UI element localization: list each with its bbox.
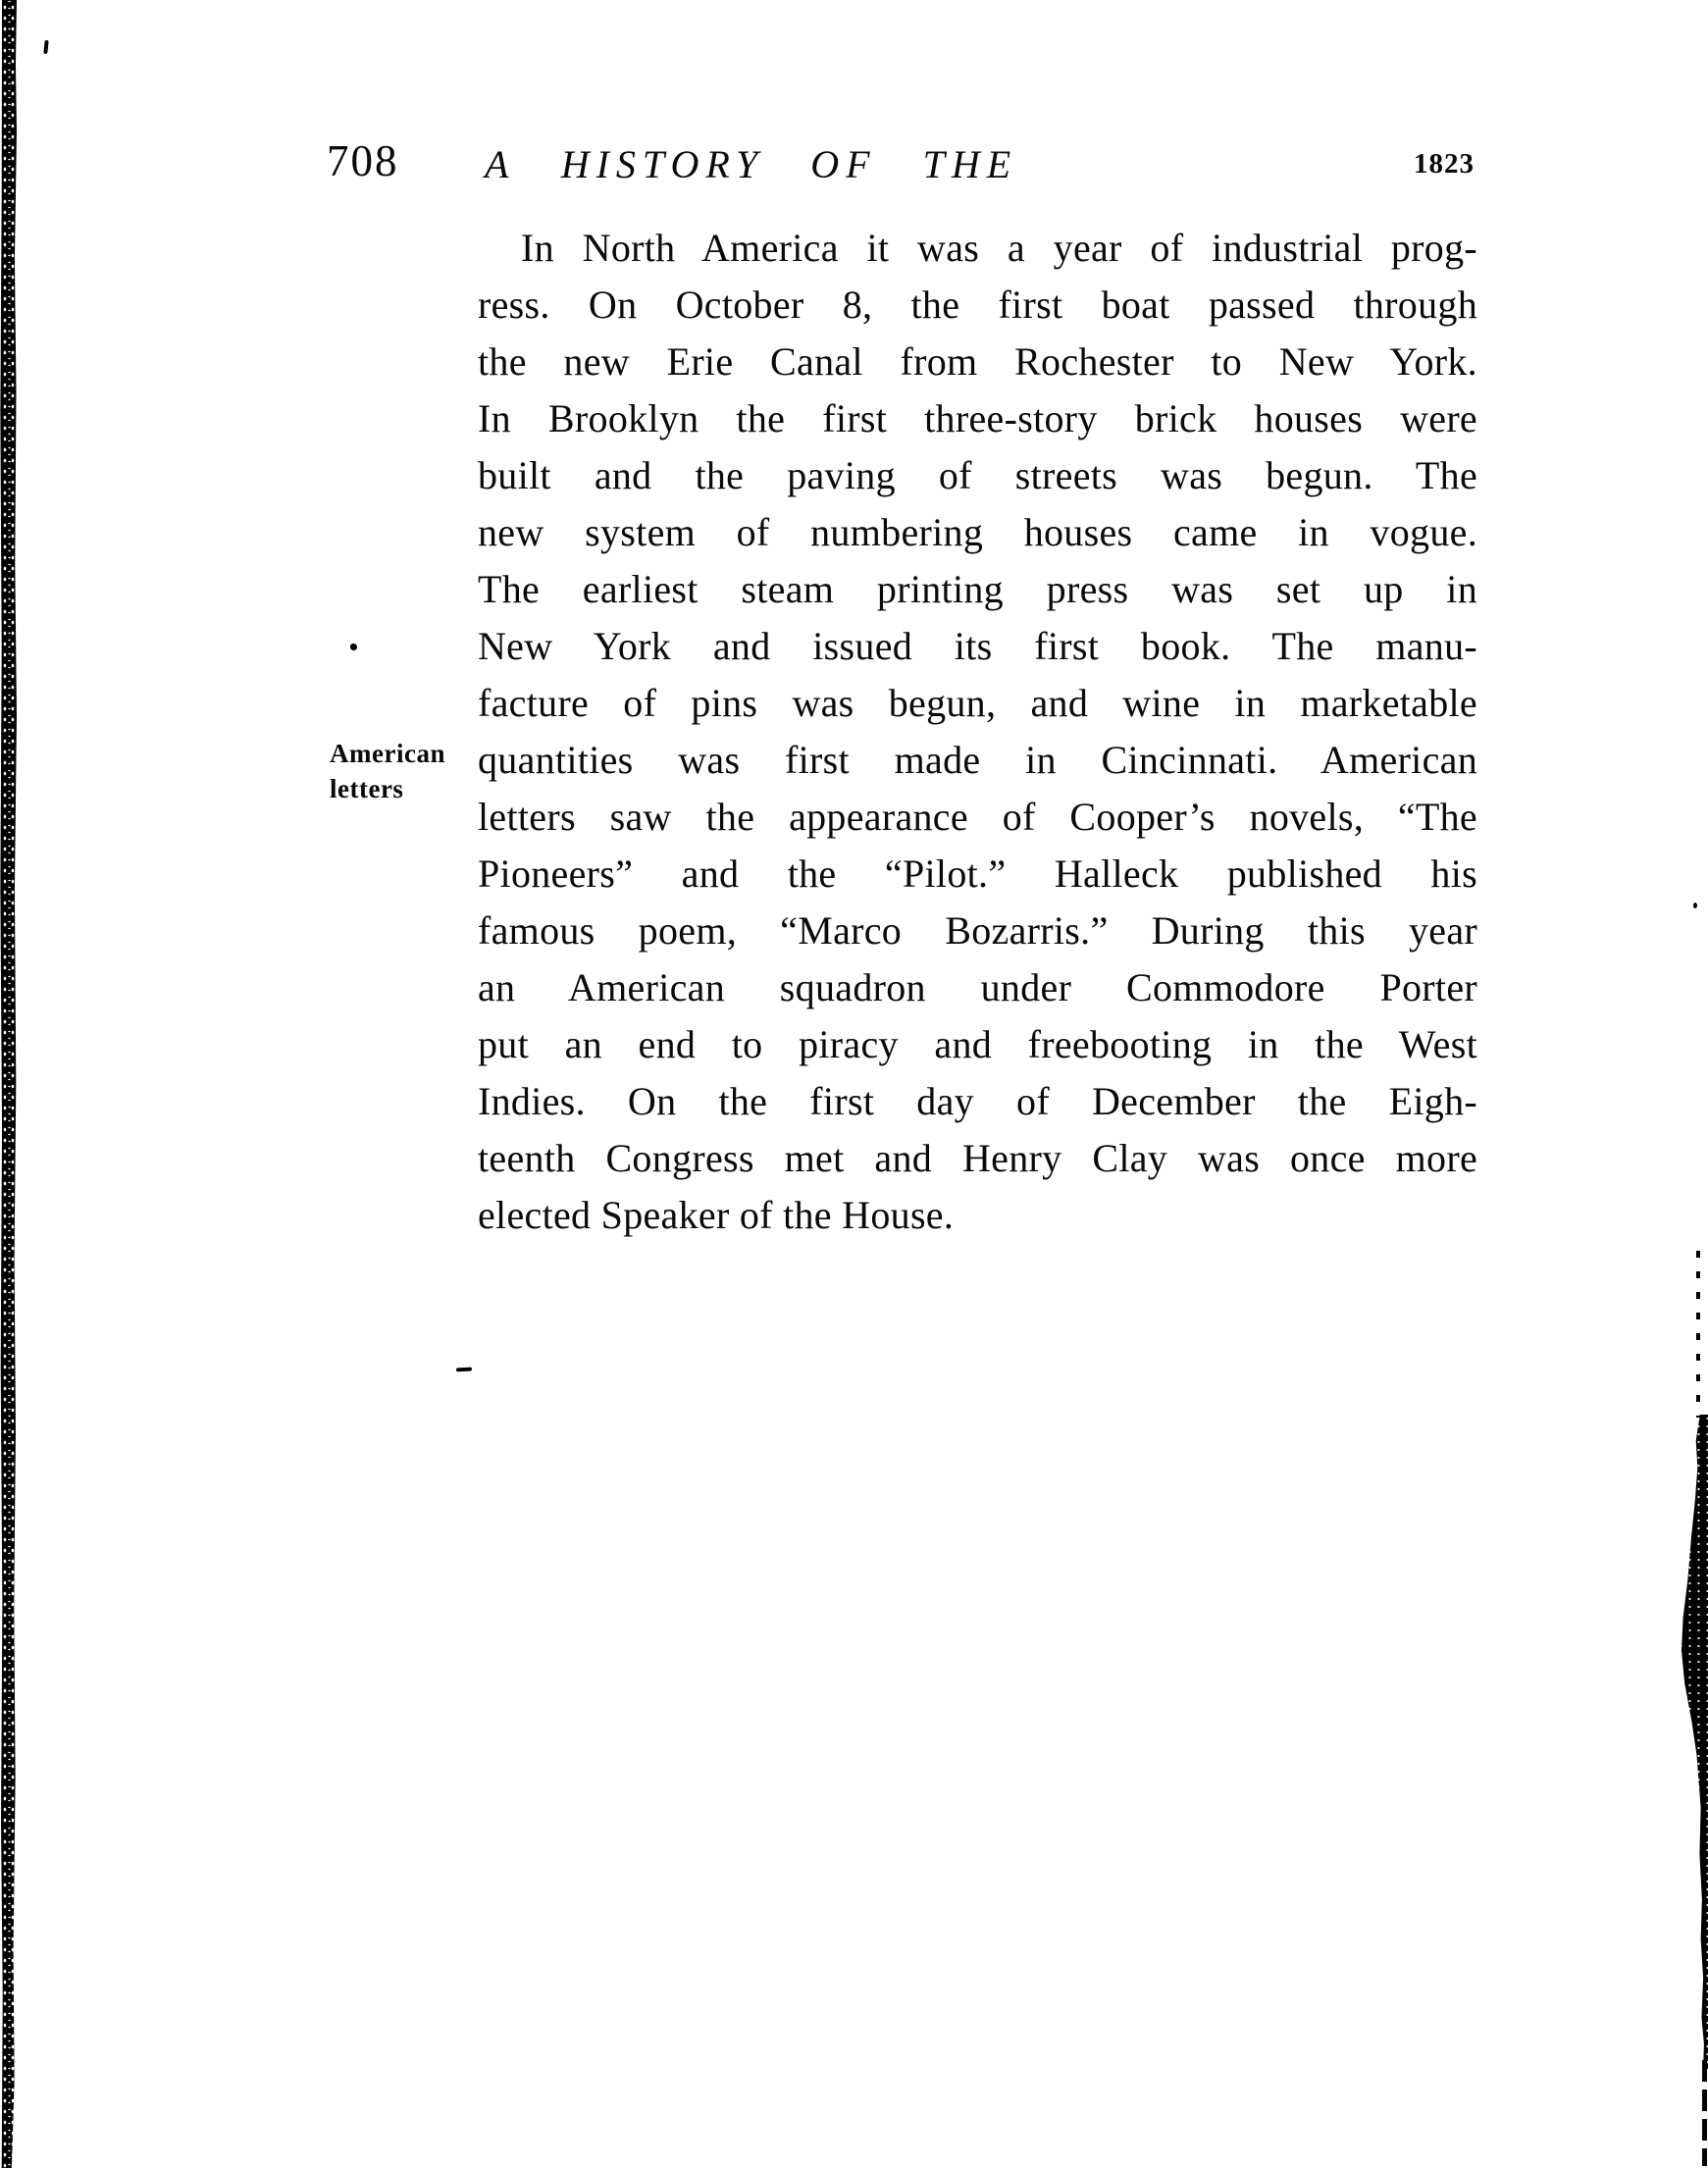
text-line: In North America it was a year of indust… (478, 220, 1477, 277)
text-line: teenth Congress met and Henry Clay was o… (478, 1130, 1477, 1187)
page-number: 708 (327, 135, 399, 186)
text-line: an American squadron under Commodore Por… (478, 959, 1477, 1016)
scan-edge-right-tail (1702, 2060, 1707, 2166)
scan-edge-right-dot (1693, 903, 1697, 908)
margin-note-line: letters (330, 771, 445, 806)
text-line: new system of numbering houses came in v… (478, 504, 1477, 561)
margin-note: American letters (330, 736, 445, 806)
text-line: Pioneers” and the “Pilot.” Halleck publi… (478, 846, 1477, 903)
scan-dot-mark (350, 644, 357, 650)
scan-edge-right-strip (1668, 1415, 1708, 2070)
text-line: ress. On October 8, the first boat passe… (478, 277, 1477, 334)
text-line: Indies. On the first day of December the… (478, 1073, 1477, 1130)
text-line: famous poem, “Marco Bozarris.” During th… (478, 903, 1477, 959)
margin-year: 1823 (1414, 148, 1475, 181)
body-paragraph: In North America it was a year of indust… (478, 220, 1477, 1244)
text-line: letters saw the appearance of Cooper’s n… (478, 789, 1477, 846)
text-line: put an end to piracy and freebooting in … (478, 1016, 1477, 1073)
text-line: In Brooklyn the first three-story brick … (478, 390, 1477, 447)
running-title: A HISTORY OF THE (485, 141, 1017, 187)
text-line: built and the paving of streets was begu… (478, 447, 1477, 504)
text-line: the new Erie Canal from Rochester to New… (478, 334, 1477, 390)
scan-speck-mark (43, 40, 48, 54)
scan-binding-edge-left (0, 0, 17, 2168)
scan-dash-mark (456, 1368, 472, 1372)
book-page: 708 A HISTORY OF THE 1823 American lette… (0, 0, 1708, 2168)
text-line: The earliest steam printing press was se… (478, 561, 1477, 618)
margin-note-line: American (330, 736, 445, 771)
text-line: elected Speaker of the House. (478, 1187, 1477, 1244)
text-line: facture of pins was begun, and wine in m… (478, 675, 1477, 732)
text-line: New York and issued its first book. The … (478, 618, 1477, 675)
scan-edge-right-dashes (1696, 1251, 1700, 1418)
text-line: quantities was first made in Cincinnati.… (478, 732, 1477, 789)
